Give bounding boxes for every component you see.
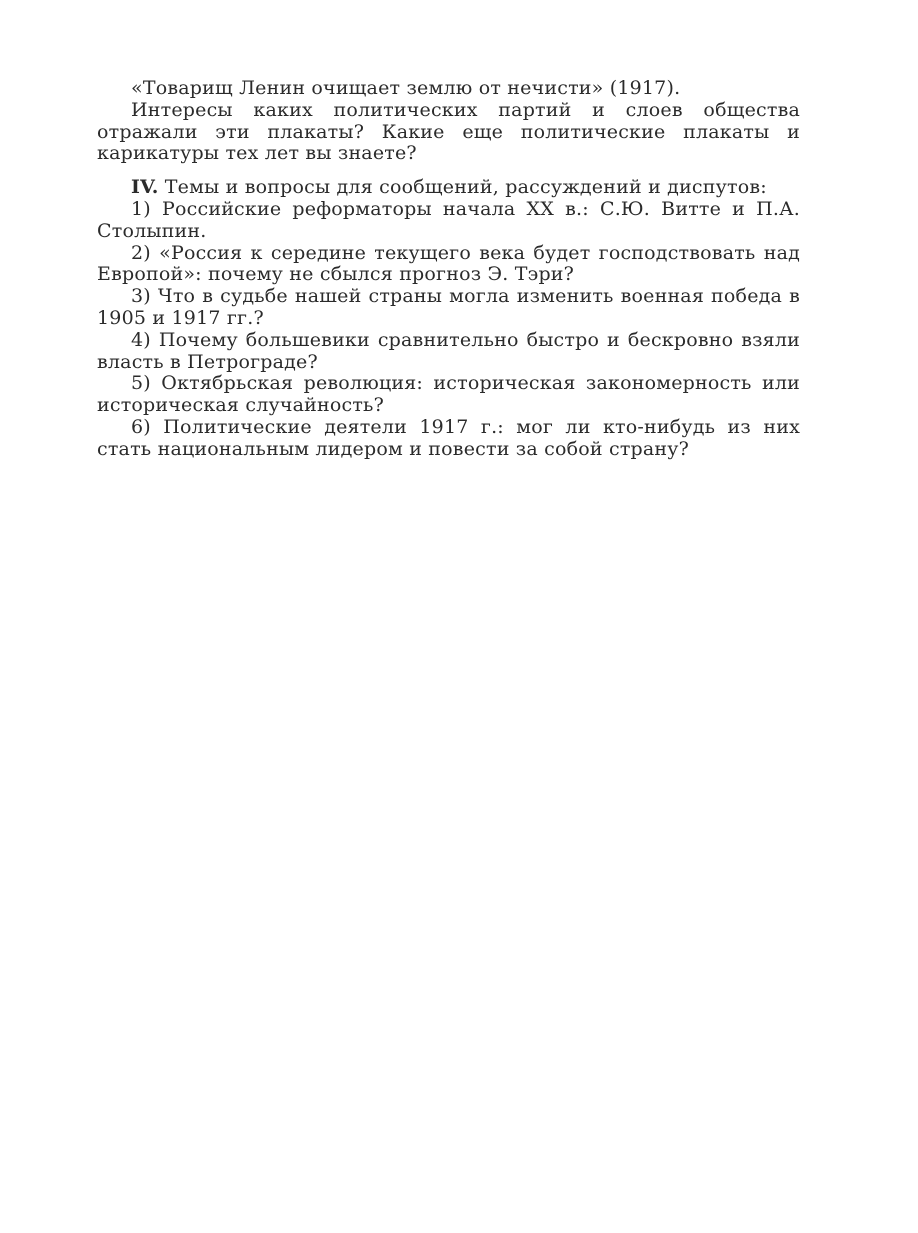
topic-item: 3) Что в судьбе нашей страны могла измен…: [97, 286, 800, 330]
topic-item: 1) Российские реформаторы начала XX в.: …: [97, 199, 800, 243]
poster-caption: «Товарищ Ленин очищает землю от нечисти»…: [97, 78, 800, 100]
topic-item: 4) Почему большевики сравнительно быстро…: [97, 330, 800, 374]
section-heading-text: Темы и вопросы для сообщений, рассуждени…: [159, 176, 767, 198]
document-page: «Товарищ Ленин очищает землю от нечисти»…: [97, 78, 800, 461]
topic-item: 6) Политические деятели 1917 г.: мог ли …: [97, 417, 800, 461]
topic-item: 2) «Россия к середине текущего века буде…: [97, 243, 800, 287]
section-numeral: IV.: [131, 176, 159, 198]
discussion-question: Интересы каких политических партий и сло…: [97, 100, 800, 165]
topic-item: 5) Октябрьская революция: историческая з…: [97, 373, 800, 417]
section-heading: IV. Темы и вопросы для сообщений, рассуж…: [97, 177, 800, 199]
